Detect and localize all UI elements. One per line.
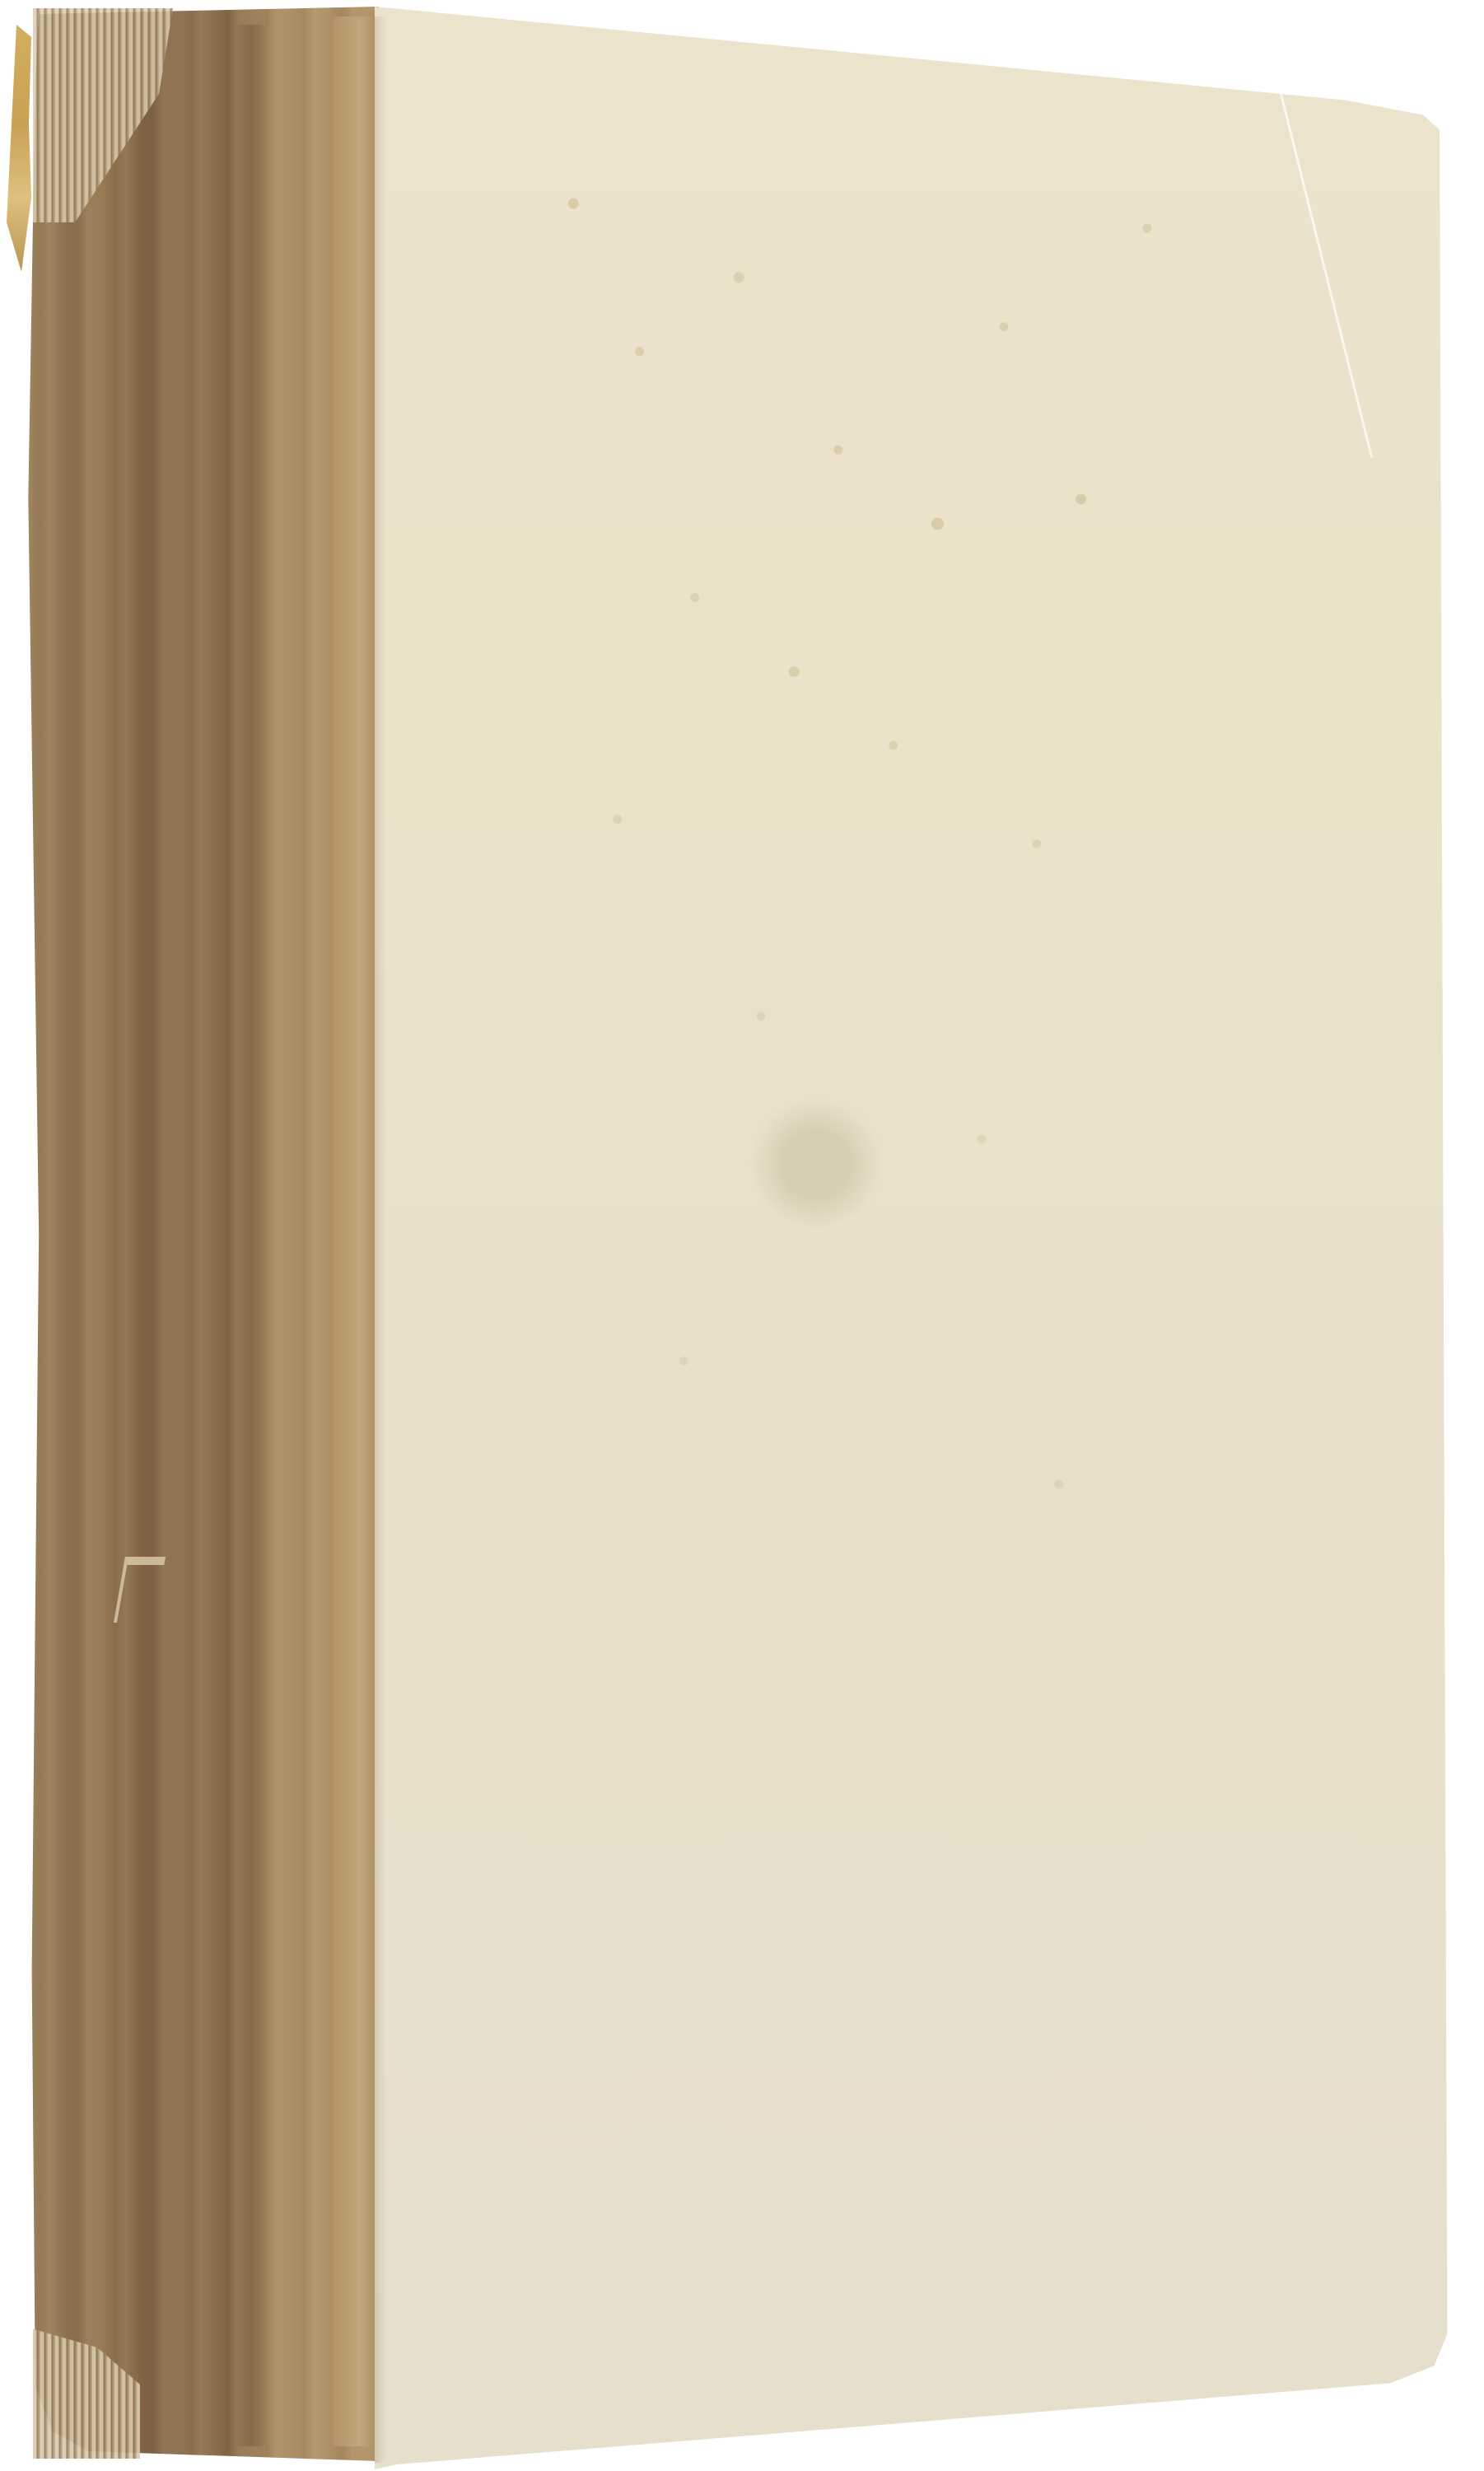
- book-front-cover: [375, 7, 1478, 2469]
- cover-edge-shadow: [375, 16, 386, 2463]
- spine-hinge: [334, 16, 376, 2446]
- book-spine: [25, 7, 379, 2461]
- gilt-edge-fragment: [7, 25, 31, 272]
- spine-fold-shadow: [235, 25, 268, 2446]
- book-photo-scene: [0, 0, 1484, 2471]
- cover-title: [576, 494, 1235, 659]
